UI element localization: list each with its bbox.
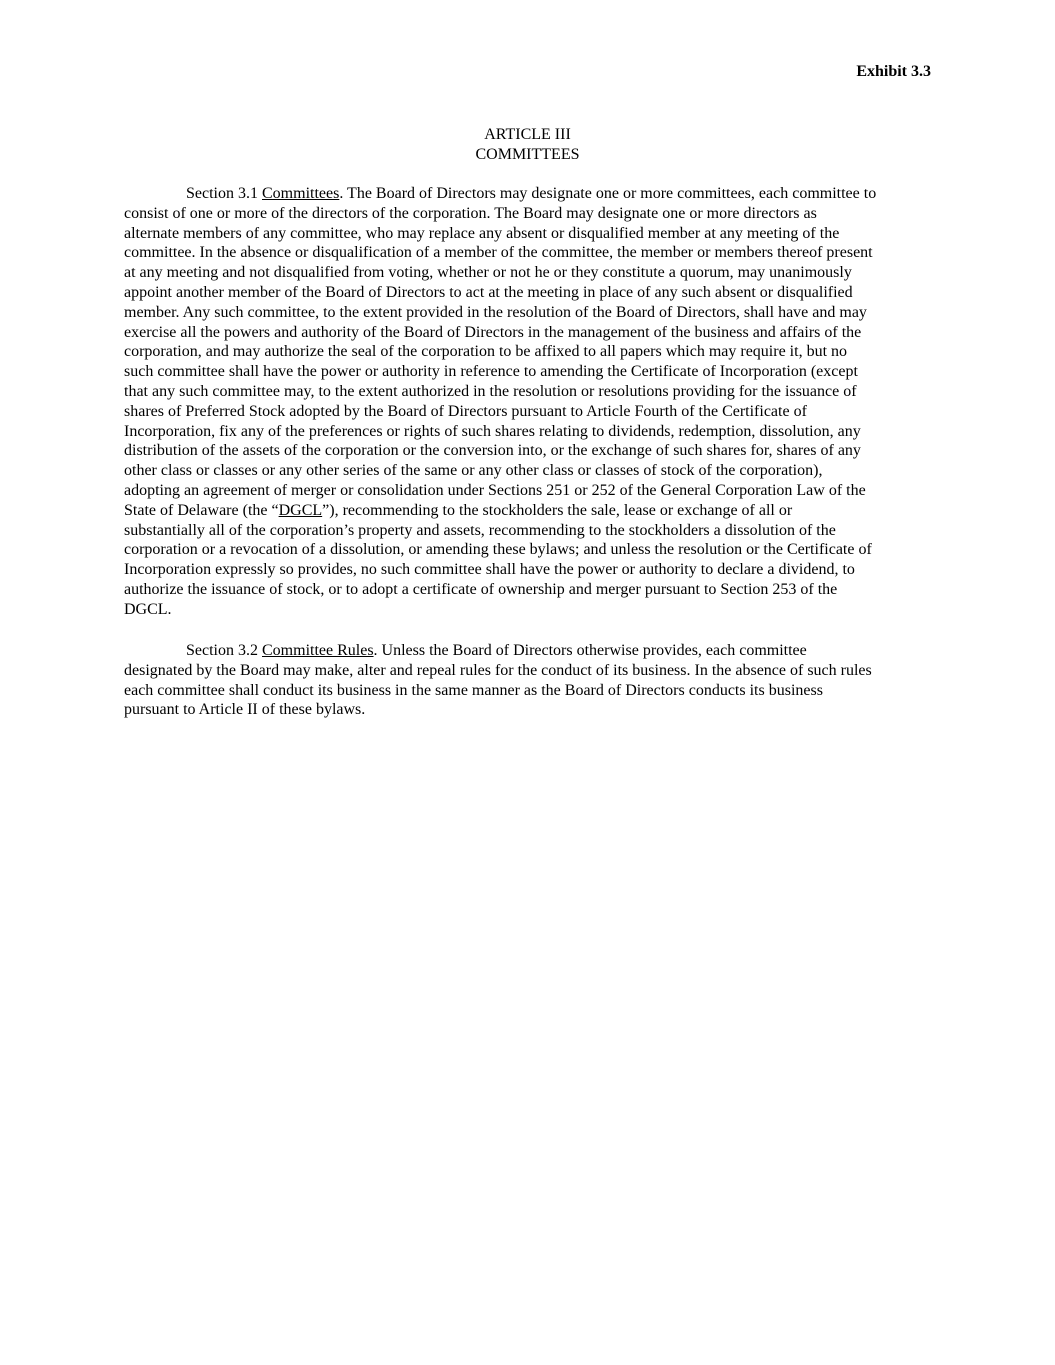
text-line: State of Delaware (the “DGCL”), recommen… bbox=[124, 501, 932, 521]
section-3-2: Section 3.2 Committee Rules. Unless the … bbox=[124, 641, 932, 720]
text-line: adopting an agreement of merger or conso… bbox=[124, 481, 932, 501]
text-line: at any meeting and not disqualified from… bbox=[124, 263, 932, 283]
exhibit-label: Exhibit 3.3 bbox=[856, 62, 931, 82]
text-line: Section 3.2 Committee Rules. Unless the … bbox=[124, 641, 932, 661]
text-line: Incorporation, fix any of the preference… bbox=[124, 422, 932, 442]
article-heading: ARTICLE III COMMITTEES bbox=[0, 125, 1055, 165]
text-line: exercise all the powers and authority of… bbox=[124, 323, 932, 343]
text-line: each committee shall conduct its busines… bbox=[124, 681, 932, 701]
text-line: corporation or a revocation of a dissolu… bbox=[124, 540, 932, 560]
text-line: distribution of the assets of the corpor… bbox=[124, 441, 932, 461]
text-line: consist of one or more of the directors … bbox=[124, 204, 932, 224]
underlined-term: Committee Rules bbox=[262, 642, 374, 659]
article-title: COMMITTEES bbox=[0, 145, 1055, 165]
underlined-term: Committees bbox=[262, 185, 339, 202]
text-line: such committee shall have the power or a… bbox=[124, 362, 932, 382]
text-line: alternate members of any committee, who … bbox=[124, 224, 932, 244]
text-line: corporation, and may authorize the seal … bbox=[124, 342, 932, 362]
text-line: Incorporation expressly so provides, no … bbox=[124, 560, 932, 580]
text-line: DGCL. bbox=[124, 600, 932, 620]
text-line: appoint another member of the Board of D… bbox=[124, 283, 932, 303]
underlined-term: DGCL bbox=[279, 502, 323, 519]
document-page: Exhibit 3.3 ARTICLE III COMMITTEES Secti… bbox=[0, 0, 1055, 1365]
text-line: substantially all of the corporation’s p… bbox=[124, 521, 932, 541]
text-line: member. Any such committee, to the exten… bbox=[124, 303, 932, 323]
text-line: authorize the issuance of stock, or to a… bbox=[124, 580, 932, 600]
text-line: that any such committee may, to the exte… bbox=[124, 382, 932, 402]
text-line: other class or classes or any other seri… bbox=[124, 461, 932, 481]
text-line: Section 3.1 Committees. The Board of Dir… bbox=[124, 184, 932, 204]
article-number: ARTICLE III bbox=[0, 125, 1055, 145]
text-line: shares of Preferred Stock adopted by the… bbox=[124, 402, 932, 422]
section-3-1: Section 3.1 Committees. The Board of Dir… bbox=[124, 184, 932, 620]
text-line: committee. In the absence or disqualific… bbox=[124, 243, 932, 263]
text-line: designated by the Board may make, alter … bbox=[124, 661, 932, 681]
text-line: pursuant to Article II of these bylaws. bbox=[124, 700, 932, 720]
